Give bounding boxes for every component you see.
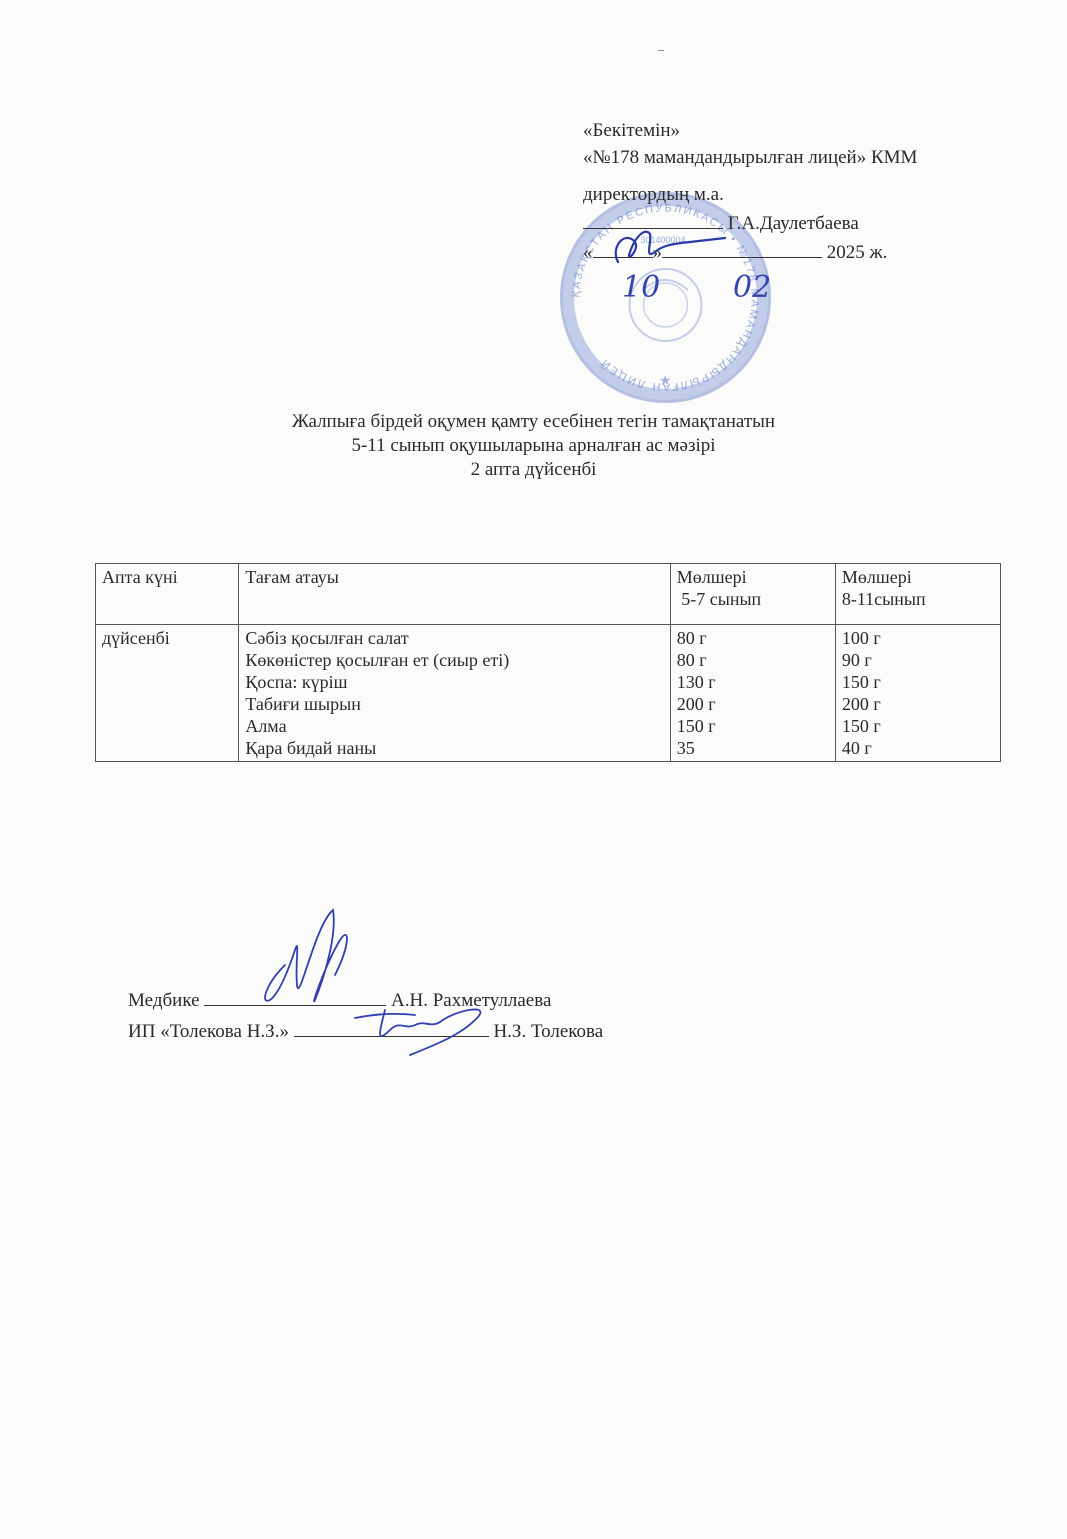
document-title: Жалпыға бірдей оқумен қамту есебінен тег… bbox=[0, 410, 1067, 482]
qty-8-11-list: 100 г90 г150 г200 г150 г40 г bbox=[835, 625, 1000, 762]
dish-item: Алма bbox=[245, 715, 663, 737]
supplier-signature-row: ИП «Толекова Н.З.» Н.З. Толекова bbox=[128, 1016, 603, 1047]
scan-artifact bbox=[658, 50, 664, 51]
quantity-item: 35 bbox=[677, 737, 829, 759]
qty-5-7-list: 80 г80 г130 г200 г150 г35 bbox=[670, 625, 835, 762]
dish-list: Сәбіз қосылған салатКөкөністер қосылған … bbox=[239, 625, 670, 762]
date-day-line bbox=[593, 237, 653, 258]
date-year: 2025 ж. bbox=[827, 242, 888, 263]
date-open-quote: « bbox=[583, 242, 593, 263]
dish-item: Сәбіз қосылған салат bbox=[245, 627, 663, 649]
header-day: Апта күні bbox=[96, 564, 239, 625]
signature-underline bbox=[583, 208, 723, 229]
header-qty-8-11: Мөлшері 8-11сынып bbox=[835, 564, 1000, 625]
organization-name: «№178 мамандандырылған лицей» КММ bbox=[583, 144, 917, 171]
header-qty-8-11-grade: 8-11сынып bbox=[842, 588, 994, 610]
nurse-label: Медбике bbox=[128, 990, 200, 1011]
quantity-item: 200 г bbox=[842, 693, 994, 715]
quantity-item: 90 г bbox=[842, 649, 994, 671]
nurse-name: А.Н. Рахметуллаева bbox=[391, 990, 551, 1011]
quantity-item: 200 г bbox=[677, 693, 829, 715]
approval-heading: «Бекітемін» bbox=[583, 117, 917, 144]
nurse-signature-line bbox=[204, 985, 386, 1006]
quantity-item: 130 г bbox=[677, 671, 829, 693]
quantity-item: 150 г bbox=[842, 671, 994, 693]
title-line-1: Жалпыға бірдей оқумен қамту есебінен тег… bbox=[0, 410, 1067, 434]
header-qty-8-11-label: Мөлшері bbox=[842, 566, 994, 588]
day-cell: дүйсенбі bbox=[96, 625, 239, 762]
stamp-star-icon: ★ bbox=[659, 373, 672, 390]
handwritten-day: 10 bbox=[622, 270, 660, 305]
quantity-item: 150 г bbox=[677, 715, 829, 737]
dish-item: Табиғи шырын bbox=[245, 693, 663, 715]
header-qty-5-7-grade: 5-7 сынып bbox=[677, 588, 829, 610]
supplier-signature-line bbox=[294, 1016, 489, 1037]
date-close-quote: » bbox=[653, 242, 663, 263]
quantity-item: 40 г bbox=[842, 737, 994, 759]
supplier-label: ИП «Толекова Н.З.» bbox=[128, 1021, 289, 1042]
dish-item: Қара бидай наны bbox=[245, 737, 663, 759]
header-dish: Тағам атауы bbox=[239, 564, 670, 625]
director-signature-line: Г.А.Даулетбаева bbox=[583, 208, 917, 237]
header-qty-5-7: Мөлшері 5-7 сынып bbox=[670, 564, 835, 625]
date-month-line bbox=[662, 237, 822, 258]
dish-item: Қоспа: күріш bbox=[245, 671, 663, 693]
supplier-name: Н.З. Толекова bbox=[493, 1021, 603, 1042]
table-header-row: Апта күні Тағам атауы Мөлшері 5-7 сынып … bbox=[96, 564, 1001, 625]
header-qty-5-7-label: Мөлшері bbox=[677, 566, 829, 588]
nurse-signature-row: Медбике А.Н. Рахметуллаева bbox=[128, 985, 603, 1016]
quantity-item: 100 г bbox=[842, 627, 994, 649]
approval-date: «» 2025 ж. bbox=[583, 237, 917, 266]
title-line-3: 2 апта дүйсенбі bbox=[0, 458, 1067, 482]
quantity-item: 80 г bbox=[677, 649, 829, 671]
title-line-2: 5-11 сынып оқушыларына арналған ас мәзір… bbox=[0, 434, 1067, 458]
approval-block: «Бекітемін» «№178 мамандандырылған лицей… bbox=[583, 117, 917, 266]
handwritten-month: 02 bbox=[733, 270, 771, 305]
dish-item: Көкөністер қосылған ет (сиыр еті) bbox=[245, 649, 663, 671]
menu-table: Апта күні Тағам атауы Мөлшері 5-7 сынып … bbox=[95, 563, 1001, 762]
signatures-block: Медбике А.Н. Рахметуллаева ИП «Толекова … bbox=[128, 985, 603, 1047]
table-row: дүйсенбі Сәбіз қосылған салатКөкөністер … bbox=[96, 625, 1001, 762]
quantity-item: 80 г bbox=[677, 627, 829, 649]
director-name: Г.А.Даулетбаева bbox=[728, 213, 859, 234]
quantity-item: 150 г bbox=[842, 715, 994, 737]
director-position: директордың м.а. bbox=[583, 181, 917, 208]
